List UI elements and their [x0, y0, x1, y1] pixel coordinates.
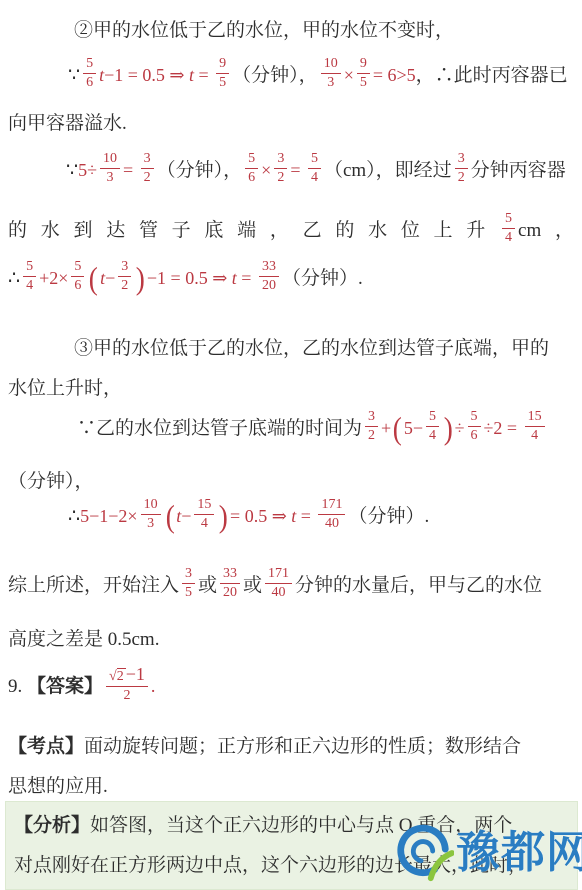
- fraction: 103: [100, 151, 120, 186]
- text-run: ÷2 =: [484, 418, 522, 438]
- fraction: 3320: [259, 259, 279, 294]
- bold-label: 【答案】: [27, 676, 103, 697]
- paragraph-5: 的水到达管子底端，乙的水位上升54cm，: [8, 207, 574, 255]
- text-run: ∵乙的水位到达管子底端的时间为: [77, 418, 362, 439]
- text-run: 或: [198, 575, 217, 596]
- analysis-line-1: 【分析】如答图，当这个正六边形的中心与点 O 重合，两个: [14, 806, 569, 846]
- analysis-line-2: 对点刚好在正方形两边中点，这个六边形的边长最大，此时，: [14, 846, 569, 886]
- text-run: +2×: [39, 268, 68, 288]
- fraction: 95: [216, 56, 229, 91]
- big-paren: (: [165, 500, 174, 532]
- text-run: （分钟）.: [348, 506, 429, 527]
- text-run: −1: [126, 664, 145, 684]
- text-run: 向甲容器溢水.: [8, 113, 127, 134]
- bold-label: 【分析】: [14, 815, 90, 836]
- fraction: 32: [141, 151, 154, 186]
- fraction: 154: [525, 409, 545, 444]
- big-paren: ): [444, 412, 453, 444]
- text-run: 9.: [8, 676, 27, 697]
- text-run: 如答图，当这个正六边形的中心与点 O 重合，两个: [90, 815, 512, 836]
- fraction: 56: [245, 151, 258, 186]
- text-run: −1 = 0.5 ⇒: [147, 268, 232, 288]
- text-run: （分钟），: [8, 471, 94, 492]
- text-run: ×: [344, 65, 354, 85]
- bold-label: 【考点】: [8, 736, 84, 757]
- text-run: ∵: [66, 160, 78, 181]
- fraction: 56: [71, 259, 84, 294]
- paragraph-2: ∵56t−1 = 0.5 ⇒ t = 95（分钟），103×95= 6>5，∴此…: [8, 51, 574, 100]
- text-run: +: [381, 418, 391, 438]
- paragraph-1: ②甲的水位低于乙的水位，甲的水位不变时，: [8, 11, 574, 51]
- paragraph-3: 向甲容器溢水.: [8, 104, 574, 144]
- text-run: =: [290, 160, 305, 180]
- fraction: 103: [141, 497, 161, 532]
- text-run: 高度之差是 0.5cm.: [8, 629, 159, 650]
- text-run: =: [296, 506, 315, 526]
- fraction: 54: [23, 259, 36, 294]
- analysis-highlight-block: 【分析】如答图，当这个正六边形的中心与点 O 重合，两个对点刚好在正方形两边中点…: [5, 801, 578, 890]
- text-run: =: [194, 65, 213, 85]
- text-run: = 6>5: [373, 65, 416, 85]
- text-run: ×: [261, 160, 271, 180]
- text-run: −1 = 0.5 ⇒: [104, 65, 189, 85]
- text-run: −: [105, 268, 115, 288]
- paragraph-6: ∴54+2×56(t−32)−1 = 0.5 ⇒ t = 3320（分钟）.: [8, 254, 574, 303]
- fraction: 35: [182, 566, 195, 601]
- text-run: ③甲的水位低于乙的水位，乙的水位到达管子底端，甲的: [74, 338, 549, 359]
- text-run: 5−1−2×: [80, 506, 137, 526]
- sqrt-radical: √2: [109, 668, 126, 684]
- text-run: 5−: [404, 418, 423, 438]
- text-run: （分钟），: [232, 65, 318, 86]
- big-paren: (: [89, 262, 98, 294]
- fraction: 154: [194, 497, 214, 532]
- text-run: （cm），即经过: [324, 160, 452, 181]
- fraction: 32: [455, 151, 468, 186]
- paragraph-14: 9. 【答案】√2−12.: [8, 662, 574, 711]
- text-run: 5÷: [78, 160, 97, 180]
- text-run: =: [237, 268, 256, 288]
- big-paren: ): [219, 500, 228, 532]
- fraction: 17140: [318, 497, 345, 532]
- fraction: 95: [357, 56, 370, 91]
- paragraph-12: 综上所述，开始注入35或3320或17140分钟的水量后，甲与乙的水位: [8, 562, 574, 610]
- paragraph-9: ∵乙的水位到达管子底端的时间为32+(5−54)÷56÷2 = 154: [8, 404, 574, 453]
- fraction: 32: [274, 151, 287, 186]
- text-run: 水位上升时，: [8, 378, 122, 399]
- big-paren: (: [393, 412, 402, 444]
- fraction: 3320: [220, 566, 240, 601]
- text-run: ∴: [8, 268, 20, 289]
- text-run: −: [181, 506, 191, 526]
- text-run: 思想的应用.: [8, 776, 108, 797]
- text-run: 综上所述，开始注入: [8, 575, 179, 596]
- fraction: 32: [365, 409, 378, 444]
- paragraph-15: 【考点】面动旋转问题；正方形和正六边形的性质；数形结合: [8, 727, 574, 767]
- fraction: 17140: [265, 566, 292, 601]
- text-run: 的水到达管子底端，乙的水位上升: [8, 220, 499, 241]
- text-run: 分钟丙容器: [471, 160, 566, 181]
- fraction: 32: [118, 259, 131, 294]
- big-paren: ): [136, 262, 145, 294]
- paragraph-13: 高度之差是 0.5cm.: [8, 620, 574, 660]
- document-page: ②甲的水位低于乙的水位，甲的水位不变时，∵56t−1 = 0.5 ⇒ t = 9…: [0, 0, 582, 890]
- fraction: 54: [308, 151, 321, 186]
- text-run: cm，: [518, 220, 574, 241]
- text-run: ，∴此时丙容器已: [416, 65, 568, 86]
- text-run: ②甲的水位低于乙的水位，甲的水位不变时，: [74, 20, 454, 41]
- paragraph-11: ∴5−1−2×103(t−154)= 0.5 ⇒ t = 17140（分钟）.: [8, 492, 574, 541]
- fraction: 54: [502, 211, 515, 246]
- text-run: .: [151, 676, 156, 696]
- text-run: = 0.5 ⇒: [230, 506, 291, 526]
- text-run: ∵: [68, 65, 80, 86]
- fraction: 56: [83, 56, 96, 91]
- fraction: 54: [426, 409, 439, 444]
- paragraph-4: ∵5÷103= 32（分钟），56×32= 54（cm），即经过32分钟丙容器: [8, 146, 574, 195]
- fraction: √2−12: [106, 666, 148, 704]
- text-run: 面动旋转问题；正方形和正六边形的性质；数形结合: [84, 736, 521, 757]
- paragraph-8: 水位上升时，: [8, 369, 574, 409]
- text-run: （分钟），: [157, 160, 243, 181]
- paragraph-7: ③甲的水位低于乙的水位，乙的水位到达管子底端，甲的: [8, 329, 574, 369]
- fraction: 56: [468, 409, 481, 444]
- text-run: ∴: [68, 506, 80, 527]
- text-run: 对点刚好在正方形两边中点，这个六边形的边长最大，此时，: [14, 855, 527, 876]
- fraction: 103: [321, 56, 341, 91]
- text-run: （分钟）.: [282, 268, 363, 289]
- text-run: 分钟的水量后，甲与乙的水位: [295, 575, 542, 596]
- text-run: ÷: [455, 418, 465, 438]
- text-run: =: [123, 160, 138, 180]
- text-run: 或: [243, 575, 262, 596]
